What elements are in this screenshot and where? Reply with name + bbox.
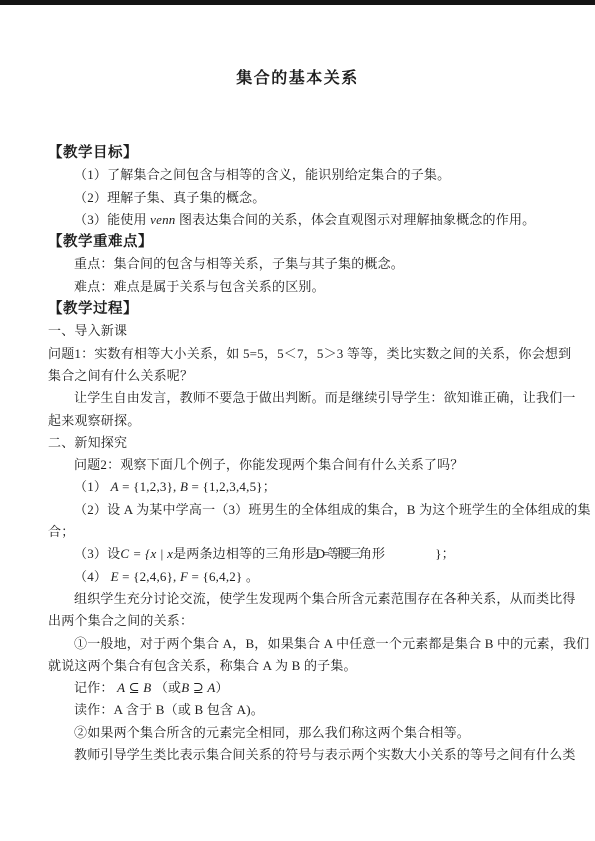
example-1: （1） A = {1,2,3}, B = {1,2,3,4,5}； bbox=[48, 476, 551, 498]
example-4-set-f: = {6,4,2} bbox=[188, 569, 242, 584]
reading-line: 读作：A 含于 B（或 B 包含 A)。 bbox=[48, 699, 551, 721]
example-4-end: 。 bbox=[242, 569, 259, 584]
part1-heading: 一、导入新课 bbox=[48, 320, 551, 342]
objective-3-post: 图表达集合间的关系，体会直观图示对理解抽象概念的作用。 bbox=[176, 212, 536, 227]
objective-3-venn-word: venn bbox=[150, 212, 175, 227]
example-3-overlap-text: 是D=等腰三 bbox=[305, 546, 359, 561]
part2-heading: 二、新知探究 bbox=[48, 432, 551, 454]
doc-body: 【教学目标】 （1）了解集合之间包含与相等的含义，能识别给定集合的子集。 （2）… bbox=[0, 142, 595, 766]
example-1-end: ； bbox=[263, 479, 276, 494]
heading-key-points: 【教学重难点】 bbox=[48, 231, 551, 253]
difficulty-line: 难点：难点是属于关系与包含关系的区别。 bbox=[48, 276, 551, 298]
notation-line: 记作： A ⊆ B （或B ⊇ A） bbox=[48, 677, 551, 699]
example-3-close: }； bbox=[435, 546, 455, 561]
notation-label: 记作： bbox=[74, 680, 117, 695]
example-4: （4） E = {2,4,6}, F = {6,4,2} 。 bbox=[48, 566, 551, 588]
example-3-setbuilder: C = {x | x bbox=[120, 546, 173, 561]
example-1-set-b: = {1,2,3,4,5} bbox=[188, 479, 263, 494]
example-1-label: （1） bbox=[74, 479, 111, 494]
example-4-set-e: = {2,4,6}, bbox=[119, 569, 180, 584]
example-3-garbled: （3）设C = {x | x是两条边相等的三角形是D=等腰三角形}； bbox=[48, 543, 551, 565]
example-1-var-a: A bbox=[111, 479, 119, 494]
example-1-set-a: = {1,2,3}, bbox=[119, 479, 180, 494]
discussion-line2: 出两个集合之间的关系： bbox=[48, 610, 551, 632]
definition-2-line: ②如果两个集合所含的元素完全相同，那么我们称这两个集合相等。 bbox=[48, 722, 551, 744]
example-3-tail: 角形 bbox=[359, 546, 385, 561]
objective-item-2: （2）理解子集、真子集的概念。 bbox=[48, 187, 551, 209]
example-1-var-b: B bbox=[180, 479, 188, 494]
objective-3-pre: （3）能使用 bbox=[74, 212, 150, 227]
example-4-var-e: E bbox=[111, 569, 119, 584]
teacher-guide-line: 教师引导学生类比表示集合间关系的符号与表示两个实数大小关系的等号之间有什么类 bbox=[48, 744, 551, 766]
doc-title: 集合的基本关系 bbox=[0, 68, 595, 90]
superset-symbol: ⊇ bbox=[189, 680, 207, 695]
subset-symbol: ⊆ bbox=[125, 680, 143, 695]
heading-teaching-process: 【教学过程】 bbox=[48, 298, 551, 320]
example-2-line1: （2）设 A 为某中学高一（3）班男生的全体组成的集合，B 为这个班学生的全体组… bbox=[48, 499, 551, 521]
document-page: 集合的基本关系 【教学目标】 （1）了解集合之间包含与相等的含义，能识别给定集合… bbox=[0, 0, 595, 766]
question1-line2: 集合之间有什么关系呢？ bbox=[48, 365, 551, 387]
definition-1-line2: 就说这两个集合有包含关系，称集合 A 为 B 的子集。 bbox=[48, 655, 551, 677]
notation-mid: （或 bbox=[151, 680, 181, 695]
example-4-var-f: F bbox=[180, 569, 188, 584]
key-point-line: 重点：集合间的包含与相等关系，子集与其子集的概念。 bbox=[48, 253, 551, 275]
question1-note-line1: 让学生自由发言，教师不要急于做出判断。而是继续引导学生：欲知谁正确，让我们一 bbox=[48, 387, 551, 409]
discussion-line1: 组织学生充分讨论交流，使学生发现两个集合所含元素范围存在各种关系，从而类比得 bbox=[48, 588, 551, 610]
question1-line1: 问题1：实数有相等大小关系，如 5=5，5＜7，5＞3 等等，类比实数之间的关系… bbox=[48, 343, 551, 365]
example-3-description: 是两条边相等的三角形 bbox=[173, 546, 305, 561]
notation-end: ） bbox=[216, 680, 229, 695]
heading-teaching-objectives: 【教学目标】 bbox=[48, 142, 551, 164]
question2-line: 问题2：观察下面几个例子，你能发现两个集合间有什么关系了吗？ bbox=[48, 454, 551, 476]
definition-1-line1: ①一般地，对于两个集合 A，B，如果集合 A 中任意一个元素都是集合 B 中的元… bbox=[48, 633, 551, 655]
notation-var-a1: A bbox=[117, 680, 125, 695]
top-border-bar bbox=[0, 0, 595, 5]
notation-var-a2: A bbox=[207, 680, 215, 695]
example-4-label: （4） bbox=[74, 569, 111, 584]
example-3-label: （3）设 bbox=[74, 546, 120, 561]
question1-note-line2: 起来观察研探。 bbox=[48, 410, 551, 432]
objective-item-3: （3）能使用 venn 图表达集合间的关系，体会直观图示对理解抽象概念的作用。 bbox=[48, 209, 551, 231]
example-2-line2: 合； bbox=[48, 521, 551, 543]
objective-item-1: （1）了解集合之间包含与相等的含义，能识别给定集合的子集。 bbox=[48, 164, 551, 186]
